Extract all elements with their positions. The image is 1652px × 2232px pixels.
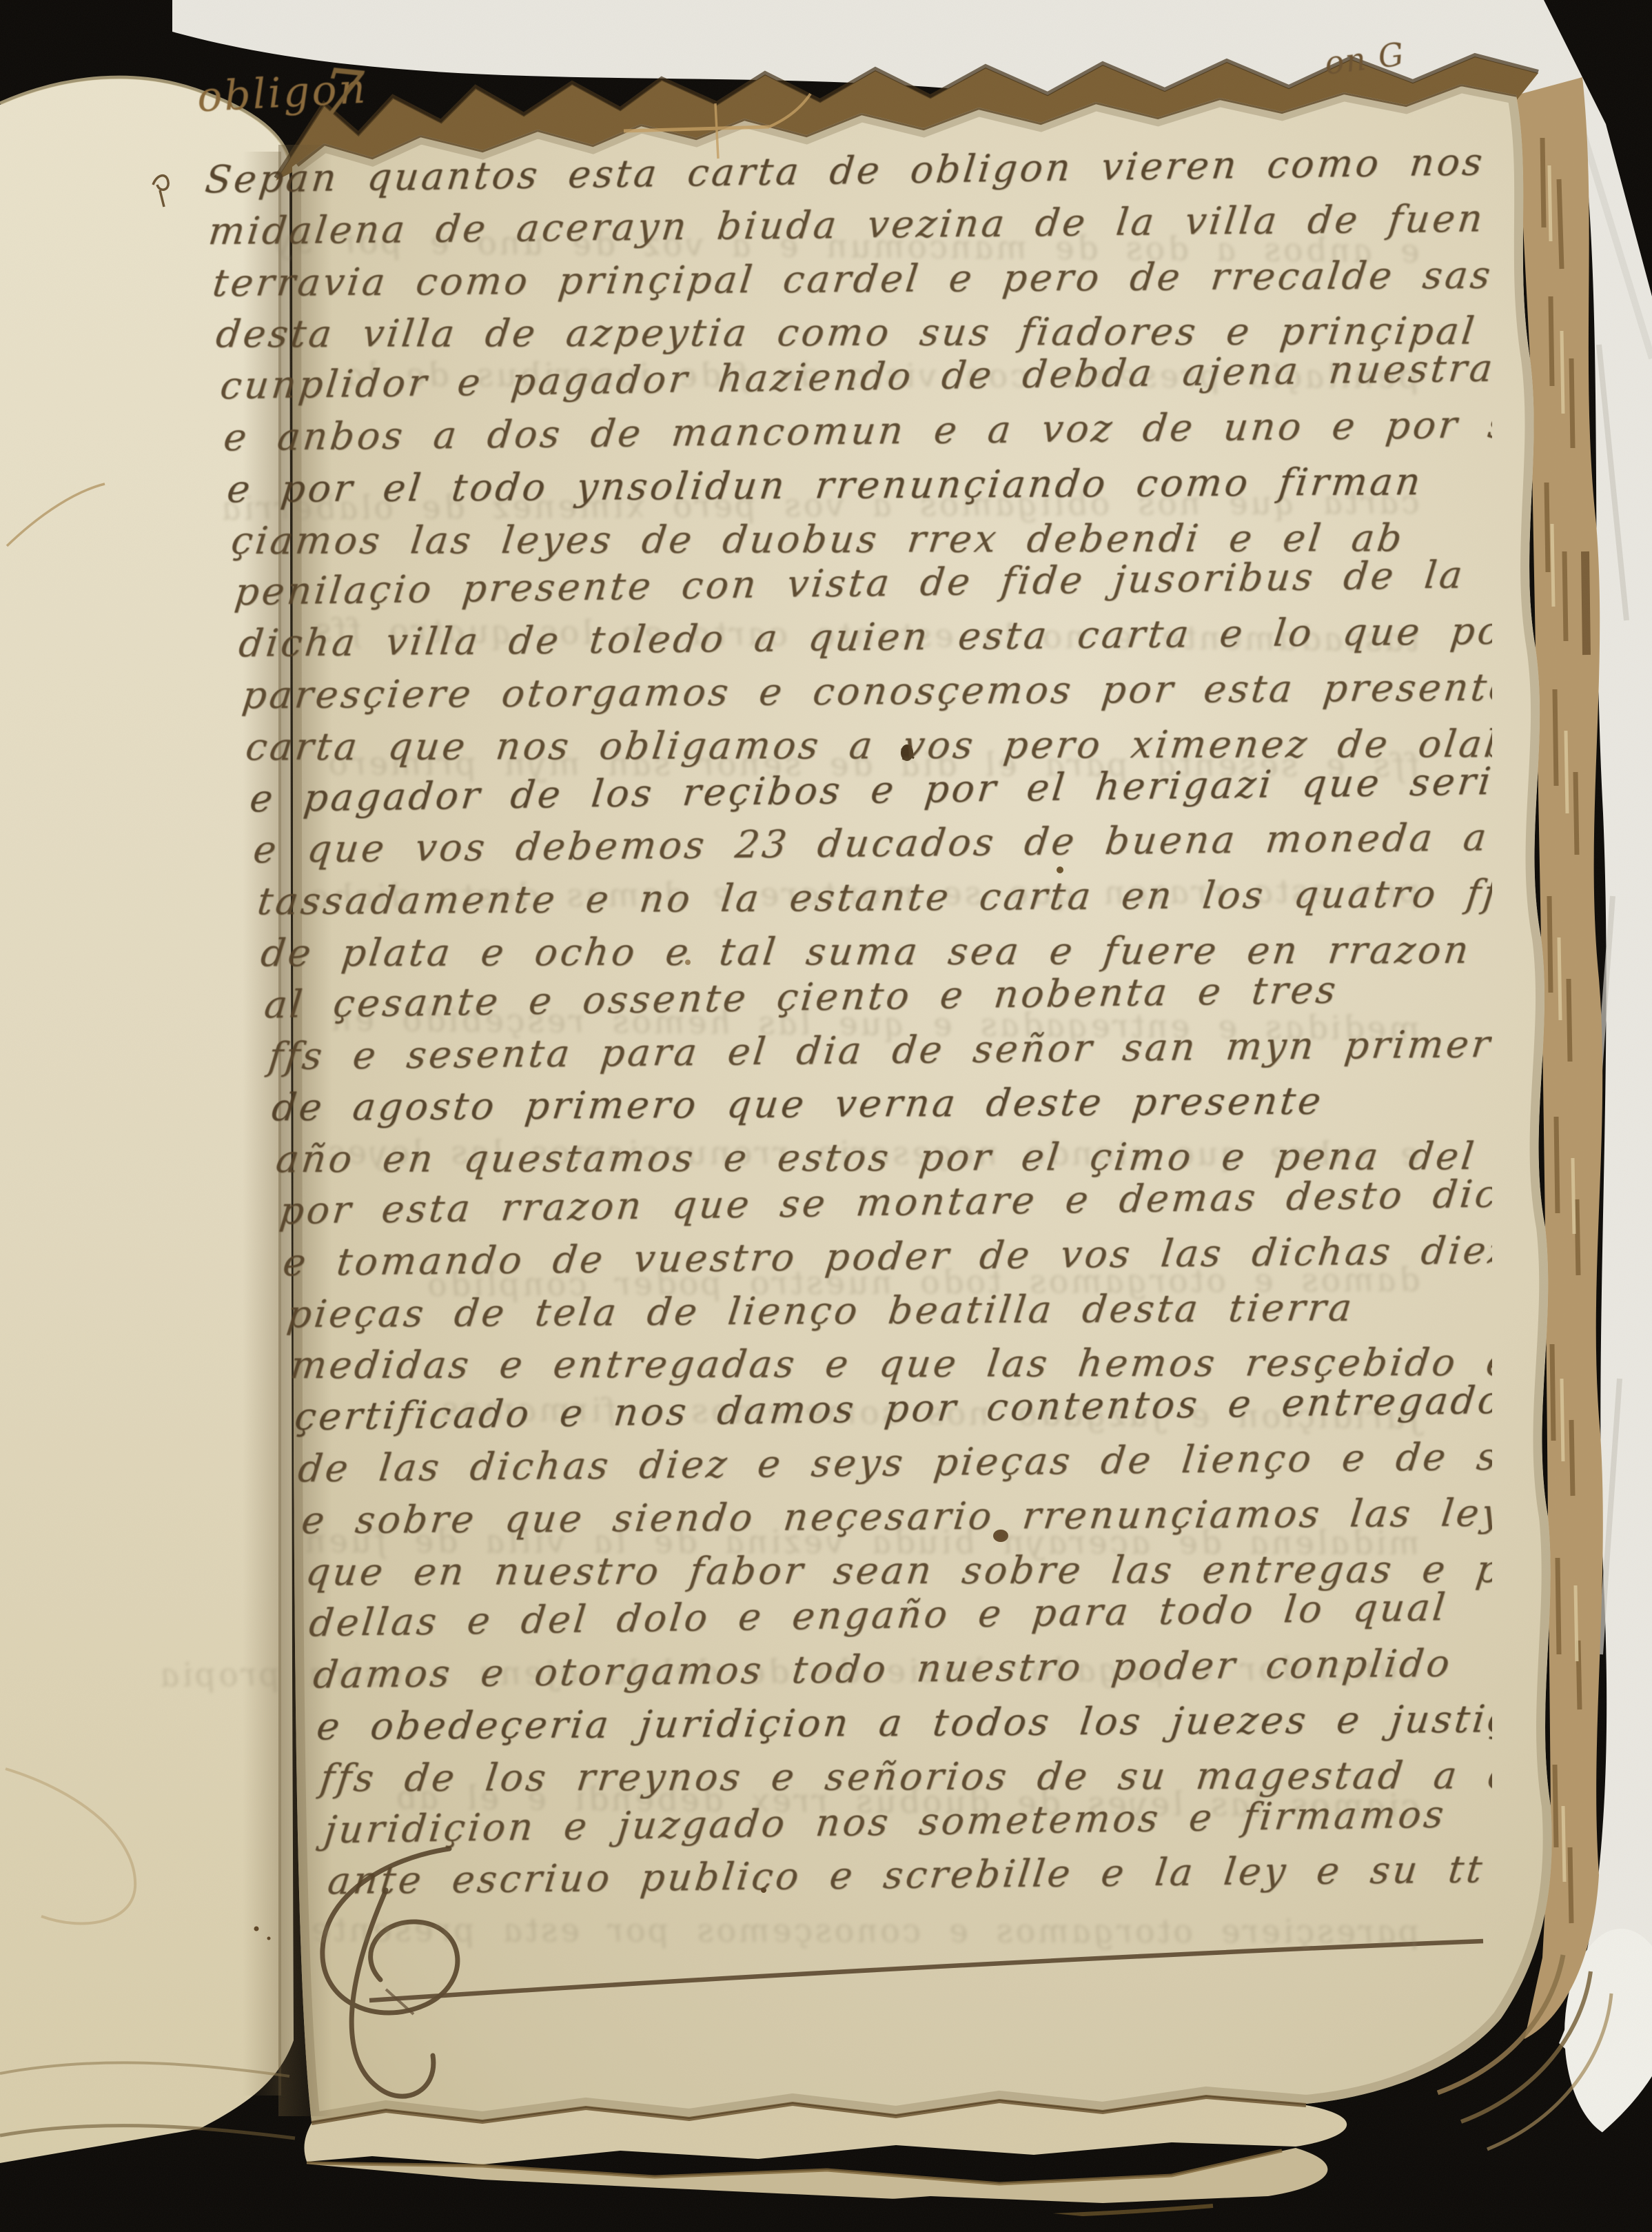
manuscript-line: ante escriuo publico e screbille e la le…	[326, 1847, 1487, 1903]
manuscript-line: terravia como prinçipal cardel e pero de…	[210, 251, 1492, 304]
manuscript-line: de agosto primero que verna deste presen…	[269, 1079, 1326, 1130]
manuscript-line: Sepan quantos esta carta de obligon vier…	[203, 139, 1487, 201]
manuscript-line: paresçiere otorgamos e conosçemos por es…	[240, 664, 1492, 717]
manuscript-photo: e anbos a dos de mancomun e a voz de uno…	[0, 0, 1652, 2232]
manuscript-line: dicha villa de toledo a quien esta carta…	[236, 607, 1492, 666]
manuscript-line: pieças de tela de lienço beatilla desta …	[285, 1285, 1356, 1336]
manuscript-line: tassadamente e no la estante carta en lo…	[255, 871, 1492, 924]
manuscript-line: e que vos debemos 23 ducados de buena mo…	[252, 813, 1492, 872]
manuscript-line: ffs e sesenta para el dia de señor san m…	[266, 1021, 1492, 1077]
manuscript-line: e por el todo ynsolidun rrenunçiando com…	[225, 459, 1426, 511]
manuscript-line: ffs de los rreynos e señorios de su mage…	[318, 1752, 1492, 1800]
manuscript-line: midalena de acerayn biuda vezina de la v…	[207, 196, 1488, 253]
manuscript-line: dellas e del dolo e engaño e para todo l…	[307, 1585, 1450, 1645]
manuscript-line: juridiçion e juzgado nos sometemos e fir…	[322, 1792, 1448, 1851]
manuscript-line: çertificado e nos damos por contentos e …	[292, 1377, 1492, 1439]
manuscript-line: de las dichas diez e seys pieças de lien…	[296, 1432, 1492, 1490]
manuscript-line: e anbos a dos de mancomun e a voz de uno…	[221, 402, 1492, 459]
manuscript-line: e obedeçeria juridiçion a todos los juez…	[314, 1696, 1492, 1749]
manuscript-line: e tomando de vuestro poder de vos las di…	[281, 1226, 1492, 1284]
manuscript-line: e sobre que siendo neçesario rrenunçiamo…	[300, 1490, 1492, 1541]
manuscript-line: al çesante e ossente çiento e nobenta e …	[263, 967, 1341, 1026]
manuscript-line: damos e otorgamos todo nuestro poder con…	[311, 1641, 1454, 1696]
text-block: Sepan quantos esta carta de obligon vier…	[0, 0, 1492, 2232]
